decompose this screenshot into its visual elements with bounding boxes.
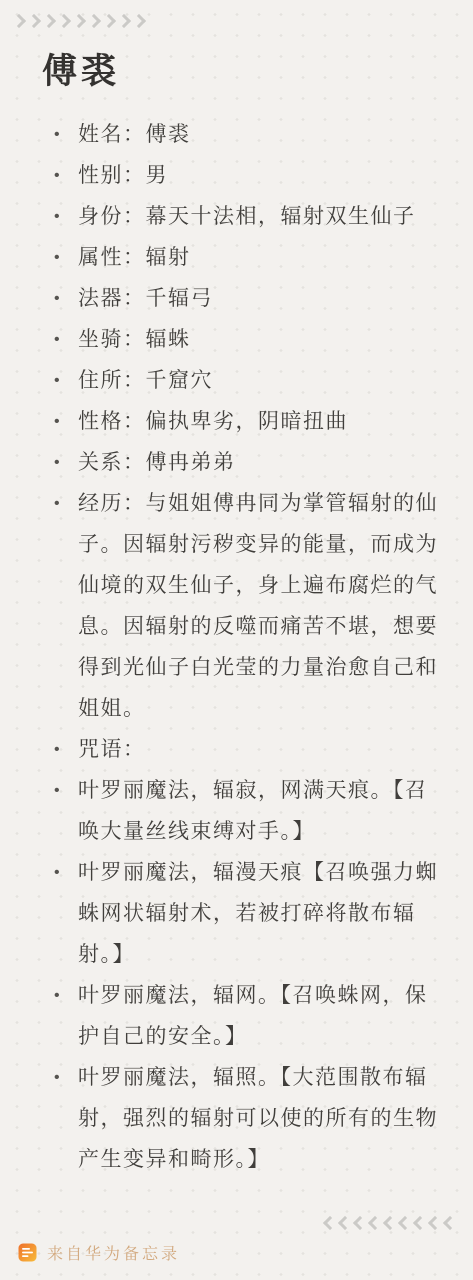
huawei-notes-icon bbox=[18, 1243, 37, 1262]
chevron-left-icon bbox=[413, 1216, 427, 1230]
list-item: 住所：千窟穴 bbox=[52, 360, 439, 401]
chevron-right-icon bbox=[102, 14, 116, 28]
chevron-right-icon bbox=[12, 14, 26, 28]
decor-chevrons-bottom bbox=[325, 1218, 455, 1228]
chevron-left-icon bbox=[338, 1216, 352, 1230]
list-item-text: 身份：幕天十法相，辐射双生仙子 bbox=[78, 205, 416, 228]
list-item-text: 叶罗丽魔法，辐网。【召唤蛛网，保护自己的安全。】 bbox=[78, 984, 428, 1048]
list-item-text: 姓名：傅裘 bbox=[78, 123, 191, 146]
list-item: 叶罗丽魔法，辐漫天痕【召唤强力蜘蛛网状辐射术，若被打碎将散布辐射。】 bbox=[52, 852, 439, 975]
chevron-left-icon bbox=[443, 1216, 457, 1230]
chevron-left-icon bbox=[398, 1216, 412, 1230]
list-item: 身份：幕天十法相，辐射双生仙子 bbox=[52, 196, 439, 237]
chevron-right-icon bbox=[57, 14, 71, 28]
chevron-right-icon bbox=[117, 14, 131, 28]
list-item-text: 法器：千辐弓 bbox=[78, 287, 213, 310]
chevron-right-icon bbox=[132, 14, 146, 28]
list-item-text: 坐骑：辐蛛 bbox=[78, 328, 191, 351]
chevron-left-icon bbox=[353, 1216, 367, 1230]
list-item: 性格：偏执卑劣，阴暗扭曲 bbox=[52, 401, 439, 442]
list-item-text: 经历：与姐姐傅冉同为掌管辐射的仙子。因辐射污秽变异的能量，而成为仙境的双生仙子，… bbox=[78, 492, 438, 720]
chevron-right-icon bbox=[72, 14, 86, 28]
list-item: 叶罗丽魔法，辐寂，网满天痕。【召唤大量丝线束缚对手。】 bbox=[52, 770, 439, 852]
footer-brand: 来自华为备忘录 bbox=[18, 1241, 180, 1264]
list-item: 经历：与姐姐傅冉同为掌管辐射的仙子。因辐射污秽变异的能量，而成为仙境的双生仙子，… bbox=[52, 483, 439, 729]
chevron-right-icon bbox=[87, 14, 101, 28]
list-item: 姓名：傅裘 bbox=[52, 114, 439, 155]
list-item-text: 咒语： bbox=[78, 738, 146, 761]
list-item-text: 性格：偏执卑劣，阴暗扭曲 bbox=[78, 410, 348, 433]
chevron-right-icon bbox=[42, 14, 56, 28]
chevron-left-icon bbox=[368, 1216, 382, 1230]
list-item-text: 性别：男 bbox=[78, 164, 168, 187]
list-item: 性别：男 bbox=[52, 155, 439, 196]
list-item-text: 叶罗丽魔法，辐寂，网满天痕。【召唤大量丝线束缚对手。】 bbox=[78, 779, 428, 843]
list-item: 关系：傅冉弟弟 bbox=[52, 442, 439, 483]
decor-chevrons-top bbox=[14, 16, 144, 26]
chevron-right-icon bbox=[27, 14, 41, 28]
note-title: 傅裘 bbox=[42, 44, 439, 94]
list-item: 属性：辐射 bbox=[52, 237, 439, 278]
note-share-image: { "note": { "title": "傅裘", "items": [ "姓… bbox=[0, 0, 473, 1280]
chevron-left-icon bbox=[428, 1216, 442, 1230]
list-item: 法器：千辐弓 bbox=[52, 278, 439, 319]
footer-brand-label: 来自华为备忘录 bbox=[47, 1241, 180, 1264]
list-item-text: 住所：千窟穴 bbox=[78, 369, 213, 392]
note-content: 傅裘 姓名：傅裘 性别：男 身份：幕天十法相，辐射双生仙子 属性：辐射 法器：千… bbox=[0, 0, 473, 1180]
note-list: 姓名：傅裘 性别：男 身份：幕天十法相，辐射双生仙子 属性：辐射 法器：千辐弓 … bbox=[40, 114, 439, 1180]
list-item-text: 叶罗丽魔法，辐照。【大范围散布辐射，强烈的辐射可以使的所有的生物产生变异和畸形。… bbox=[78, 1066, 438, 1171]
list-item-text: 关系：傅冉弟弟 bbox=[78, 451, 236, 474]
chevron-left-icon bbox=[323, 1216, 337, 1230]
list-item: 叶罗丽魔法，辐照。【大范围散布辐射，强烈的辐射可以使的所有的生物产生变异和畸形。… bbox=[52, 1057, 439, 1180]
list-item: 咒语： bbox=[52, 729, 439, 770]
list-item: 叶罗丽魔法，辐网。【召唤蛛网，保护自己的安全。】 bbox=[52, 975, 439, 1057]
list-item: 坐骑：辐蛛 bbox=[52, 319, 439, 360]
list-item-text: 叶罗丽魔法，辐漫天痕【召唤强力蜘蛛网状辐射术，若被打碎将散布辐射。】 bbox=[78, 861, 438, 966]
chevron-left-icon bbox=[383, 1216, 397, 1230]
list-item-text: 属性：辐射 bbox=[78, 246, 191, 269]
